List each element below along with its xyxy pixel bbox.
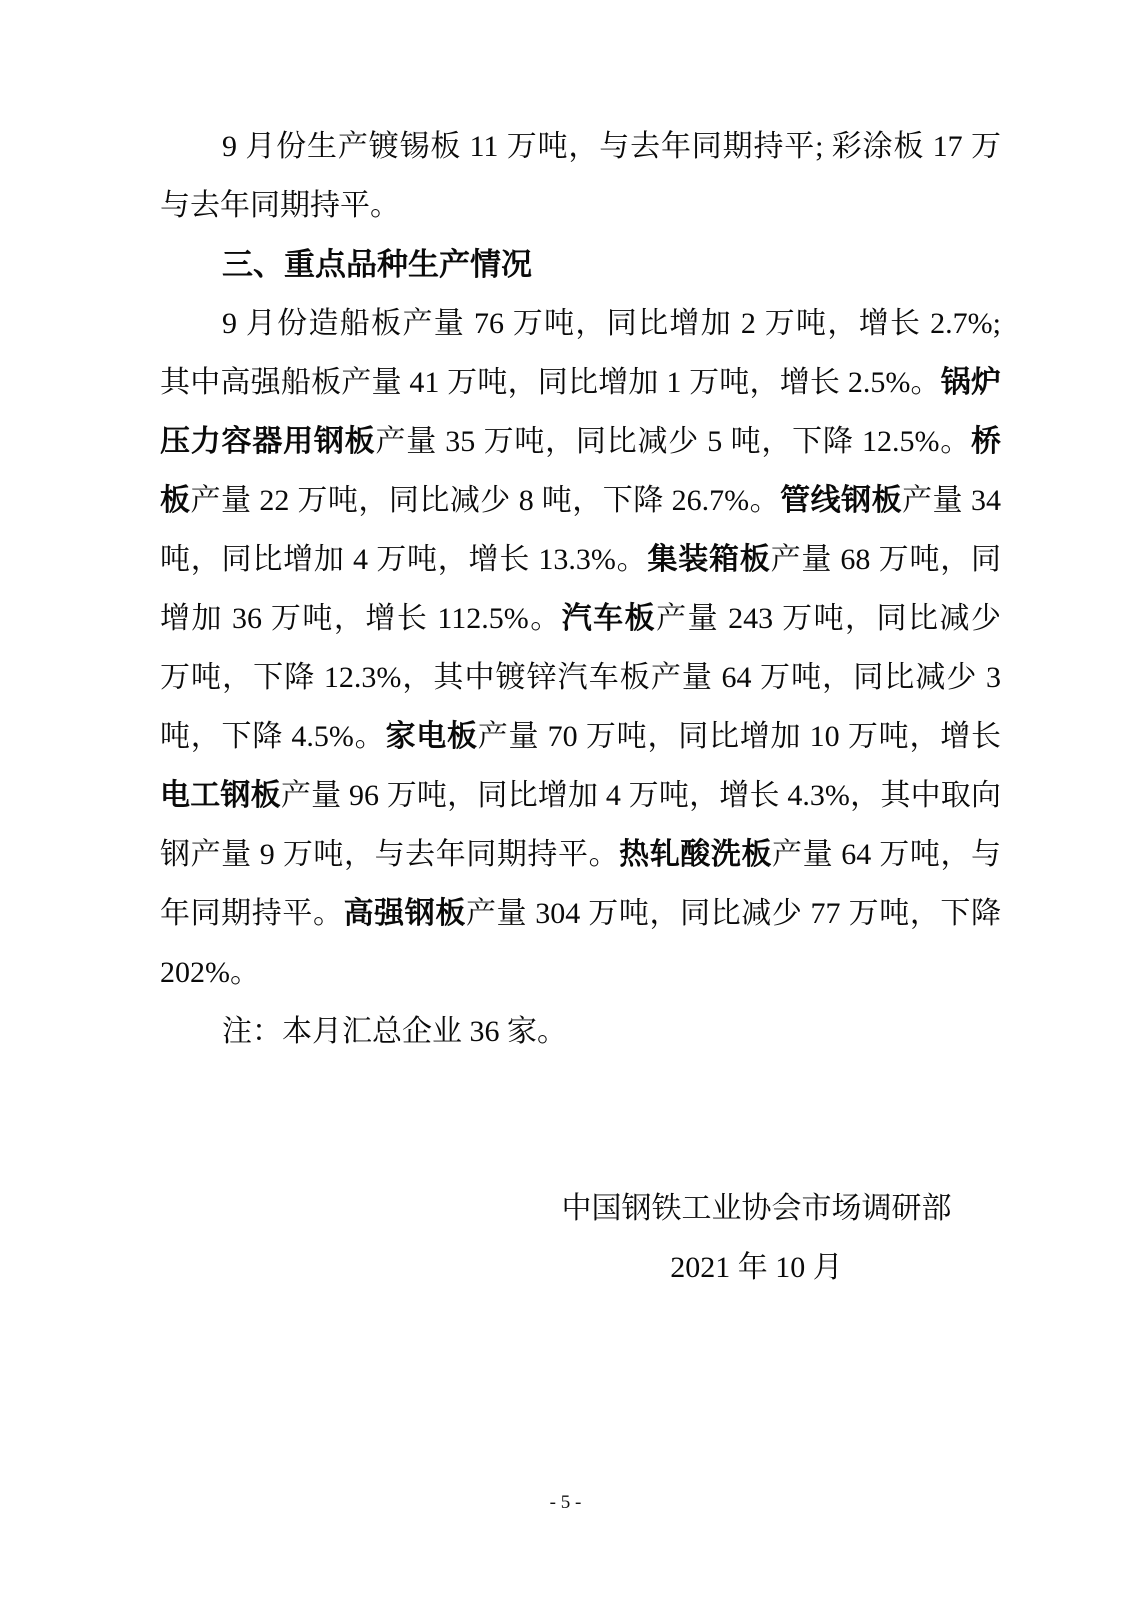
text-line: 钢产量 9 万吨，与去年同期持平。热轧酸洗板产量 64 万吨，与去 xyxy=(160,825,1001,884)
bold-term: 管线钢板 xyxy=(780,484,902,517)
signature-line: 中国钢铁工业协会市场调研部 xyxy=(160,1179,1001,1238)
text-segment: 202%。 xyxy=(160,956,260,989)
bold-term: 压力容器用钢板 xyxy=(160,425,375,458)
text-segment: 9 月份造船板产量 76 万吨，同比增加 2 万吨，增长 2.7%; xyxy=(222,307,1001,340)
text-segment: 2021 年 10 月 xyxy=(670,1251,843,1284)
bold-term: 汽车板 xyxy=(562,602,656,635)
signature-line: 2021 年 10 月 xyxy=(160,1238,1001,1297)
text-line: 与去年同期持平。 xyxy=(160,176,1001,235)
document-content: 9 月份生产镀锡板 11 万吨，与去年同期持平; 彩涂板 17 万吨，与去年同期… xyxy=(160,117,1001,1297)
bold-term: 电工钢板 xyxy=(160,779,281,812)
bold-term: 板 xyxy=(160,484,190,517)
text-segment: 中国钢铁工业协会市场调研部 xyxy=(562,1192,952,1225)
text-segment: 增加 36 万吨，增长 112.5%。 xyxy=(160,602,562,635)
text-segment: 产量 96 万吨，同比增加 4 万吨，增长 4.3%，其中取向硅 xyxy=(160,779,1001,825)
text-segment: 年同期持平。 xyxy=(160,897,344,930)
text-segment: 9 月份生产镀锡板 11 万吨，与去年同期持平; 彩涂板 17 万吨， xyxy=(222,130,1001,176)
text-segment: 与去年同期持平。 xyxy=(160,189,400,222)
vertical-space xyxy=(160,1061,1001,1179)
text-segment: 万吨，下降 12.3%，其中镀锌汽车板产量 64 万吨，同比减少 3 万 xyxy=(160,661,1001,707)
text-line: 压力容器用钢板产量 35 万吨，同比减少 5 吨，下降 12.5%。桥梁 xyxy=(160,412,1001,471)
page-number: - 5 - xyxy=(0,1492,1131,1514)
text-segment: 吨，同比增加 4 万吨，增长 13.3%。 xyxy=(160,543,647,576)
text-line: 吨，同比增加 4 万吨，增长 13.3%。集装箱板产量 68 万吨，同比 xyxy=(160,530,1001,589)
text-line: 万吨，下降 12.3%，其中镀锌汽车板产量 64 万吨，同比减少 3 万 xyxy=(160,648,1001,707)
text-line: 9 月份造船板产量 76 万吨，同比增加 2 万吨，增长 2.7%; xyxy=(160,294,1001,353)
text-segment: 注：本月汇总企业 36 家。 xyxy=(222,1015,567,1048)
text-line: 202%。 xyxy=(160,943,1001,1002)
text-line: 板产量 22 万吨，同比减少 8 吨，下降 26.7%。管线钢板产量 34 万 xyxy=(160,471,1001,530)
text-segment: 其中高强船板产量 41 万吨，同比增加 1 万吨，增长 2.5%。 xyxy=(160,366,941,399)
text-line: 增加 36 万吨，增长 112.5%。汽车板产量 243 万吨，同比减少 34 xyxy=(160,589,1001,648)
text-segment: 产量 35 万吨，同比减少 5 吨，下降 12.5%。 xyxy=(375,425,971,458)
bold-term: 三、重点品种生产情况 xyxy=(222,247,532,282)
bold-term: 家电板 xyxy=(385,720,477,753)
text-line: 吨，下降 4.5%。家电板产量 70 万吨，同比增加 10 万吨，增长 167%… xyxy=(160,707,1001,766)
text-segment: 产量 304 万吨，同比减少 77 万吨，下降 xyxy=(466,897,1001,930)
section-heading: 三、重点品种生产情况 xyxy=(160,235,1001,294)
text-line: 其中高强船板产量 41 万吨，同比增加 1 万吨，增长 2.5%。锅炉和 xyxy=(160,353,1001,412)
text-line: 注：本月汇总企业 36 家。 xyxy=(160,1002,1001,1061)
bold-term: 热轧酸洗板 xyxy=(619,838,772,871)
document-page: 9 月份生产镀锡板 11 万吨，与去年同期持平; 彩涂板 17 万吨，与去年同期… xyxy=(0,0,1131,1600)
bold-term: 高强钢板 xyxy=(344,897,466,930)
text-line: 年同期持平。高强钢板产量 304 万吨，同比减少 77 万吨，下降 xyxy=(160,884,1001,943)
text-segment: 产量 22 万吨，同比减少 8 吨，下降 26.7%。 xyxy=(190,484,780,517)
bold-term: 集装箱板 xyxy=(647,543,770,576)
text-segment: 吨，下降 4.5%。 xyxy=(160,720,385,753)
text-line: 9 月份生产镀锡板 11 万吨，与去年同期持平; 彩涂板 17 万吨， xyxy=(160,117,1001,176)
text-segment: 钢产量 9 万吨，与去年同期持平。 xyxy=(160,838,619,871)
text-line: 电工钢板产量 96 万吨，同比增加 4 万吨，增长 4.3%，其中取向硅 xyxy=(160,766,1001,825)
